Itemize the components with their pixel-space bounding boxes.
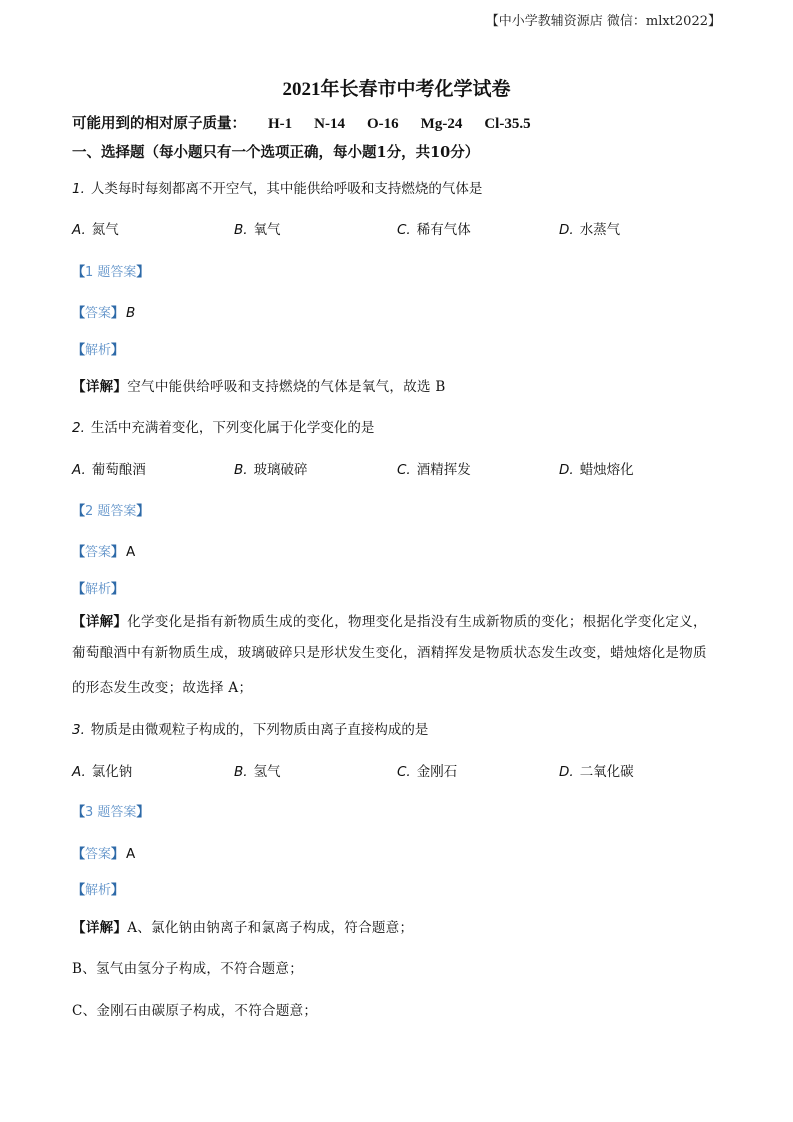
question-2-stem: 2.生活中充满着变化，下列变化属于化学变化的是: [72, 416, 374, 436]
detail-label: 详解: [86, 379, 114, 395]
bracket-close: 】: [136, 265, 149, 280]
bracket-open: 【: [72, 545, 85, 560]
option-text: 水蒸气: [580, 222, 621, 238]
question-2-answer-heading: 【2 题答案】: [72, 500, 149, 519]
question-3-option-b: B.氢气: [234, 760, 281, 780]
option-letter: B.: [234, 764, 248, 780]
bracket-close: 】: [111, 582, 124, 597]
question-3-detail-line-1: 【详解】A、氯化钠由钠离子和氯离子构成，符合题意；: [72, 916, 413, 936]
section-heading: 一、选择题（每小题只有一个选项正确，每小题1分，共10分）: [72, 141, 479, 162]
question-2-option-d: D.蜡烛熔化: [559, 458, 634, 478]
option-text: 金刚石: [417, 764, 458, 780]
bracket-close: 】: [136, 504, 149, 519]
answer-label: 答案: [85, 847, 111, 862]
answer-value: B: [126, 305, 135, 321]
question-text: 人类每时每刻都离不开空气，其中能供给呼吸和支持燃烧的气体是: [91, 181, 483, 197]
question-2-detail-line-1: 【详解】化学变化是指有新物质生成的变化，物理变化是指没有生成新物质的变化；根据化…: [72, 610, 707, 630]
option-text: 葡萄酿酒: [92, 462, 146, 478]
question-1-option-a: A.氮气: [72, 218, 119, 238]
option-text: 稀有气体: [417, 222, 471, 238]
question-2-detail-line-2: 葡萄酿酒中有新物质生成，玻璃破碎只是形状发生变化，酒精挥发是物质状态发生改变，蜡…: [72, 641, 707, 661]
answer-value: A: [126, 544, 135, 560]
option-letter: A.: [72, 462, 86, 478]
bracket-close: 】: [111, 343, 124, 358]
option-text: 二氧化碳: [580, 764, 634, 780]
question-1-stem: 1.人类每时每刻都离不开空气，其中能供给呼吸和支持燃烧的气体是: [72, 177, 482, 197]
answer-label: 答案: [85, 306, 111, 321]
option-letter: A.: [72, 764, 86, 780]
detail-label: 详解: [86, 920, 114, 936]
atomic-mass-item: Cl-35.5: [484, 116, 530, 133]
option-letter: C.: [397, 222, 411, 238]
question-3-analysis-label: 【解析】: [72, 879, 124, 898]
question-1-option-d: D.水蒸气: [559, 218, 620, 238]
analysis-label: 解析: [85, 582, 111, 597]
option-letter: C.: [397, 462, 411, 478]
analysis-label: 解析: [85, 883, 111, 898]
answer-value: A: [126, 846, 135, 862]
question-1-option-c: C.稀有气体: [397, 218, 471, 238]
question-2-option-c: C.酒精挥发: [397, 458, 471, 478]
option-letter: A.: [72, 222, 86, 238]
bracket-open: 【: [72, 265, 85, 280]
bracket-open: 【: [72, 504, 85, 519]
question-3-option-c: C.金刚石: [397, 760, 457, 780]
detail-text: A、氯化钠由钠离子和氯离子构成，符合题意；: [127, 920, 413, 936]
bracket-close: 】: [111, 545, 124, 560]
answer-label: 答案: [85, 545, 111, 560]
answer-heading-text: 2 题答案: [85, 504, 136, 519]
bracket-close: 】: [113, 920, 127, 936]
analysis-label: 解析: [85, 343, 111, 358]
question-3-answer-heading: 【3 题答案】: [72, 801, 149, 820]
question-1-answer-heading: 【1 题答案】: [72, 261, 149, 280]
bracket-open: 【: [72, 920, 86, 936]
bracket-open: 【: [72, 343, 85, 358]
question-1-analysis-label: 【解析】: [72, 339, 124, 358]
atomic-mass-item: N-14: [314, 116, 345, 133]
question-number: 3.: [72, 722, 85, 738]
bracket-close: 】: [111, 306, 124, 321]
option-letter: D.: [559, 222, 574, 238]
question-number: 1.: [72, 181, 85, 197]
question-3-detail-line-2: B、氢气由氢分子构成，不符合题意；: [72, 957, 303, 977]
question-1-detail: 【详解】空气中能供给呼吸和支持燃烧的气体是氧气，故选 B: [72, 375, 446, 395]
option-letter: B.: [234, 462, 248, 478]
option-text: 氯化钠: [92, 764, 133, 780]
question-2-detail-line-3: 的形态发生改变；故选择 A；: [72, 676, 252, 696]
question-text: 物质是由微观粒子构成的，下列物质由离子直接构成的是: [91, 722, 429, 738]
bracket-open: 【: [72, 847, 85, 862]
option-text: 氧气: [254, 222, 281, 238]
question-1-option-b: B.氧气: [234, 218, 281, 238]
option-text: 酒精挥发: [417, 462, 471, 478]
bracket-close: 】: [136, 805, 149, 820]
question-3-answer: 【答案】A: [72, 843, 135, 862]
bracket-close: 】: [113, 614, 127, 630]
option-text: 蜡烛熔化: [580, 462, 634, 478]
detail-text: 空气中能供给呼吸和支持燃烧的气体是氧气，故选 B: [127, 379, 445, 395]
bracket-close: 】: [111, 883, 124, 898]
question-text: 生活中充满着变化，下列变化属于化学变化的是: [91, 420, 375, 436]
question-2-answer: 【答案】A: [72, 541, 135, 560]
bracket-open: 【: [72, 805, 85, 820]
page-title: 2021年长春市中考化学试卷: [0, 74, 793, 101]
bracket-open: 【: [72, 883, 85, 898]
bracket-close: 】: [111, 847, 124, 862]
answer-heading-text: 1 题答案: [85, 265, 136, 280]
question-3-option-d: D.二氧化碳: [559, 760, 634, 780]
question-2-option-b: B.玻璃破碎: [234, 458, 308, 478]
question-3-detail-line-3: C、金刚石由碳原子构成，不符合题意；: [72, 999, 317, 1019]
atomic-mass-item: O-16: [367, 116, 399, 133]
bracket-close: 】: [113, 379, 127, 395]
question-1-answer: 【答案】B: [72, 302, 135, 321]
question-3-option-a: A.氯化钠: [72, 760, 132, 780]
question-2-option-a: A.葡萄酿酒: [72, 458, 146, 478]
atomic-mass-item: H-1: [268, 116, 292, 133]
option-text: 氢气: [254, 764, 281, 780]
answer-heading-text: 3 题答案: [85, 805, 136, 820]
detail-text: 化学变化是指有新物质生成的变化，物理变化是指没有生成新物质的变化；根据化学变化定…: [127, 614, 707, 630]
option-letter: D.: [559, 764, 574, 780]
watermark-text: 【中小学教辅资源店 微信：mlxt2022】: [486, 10, 721, 29]
option-letter: D.: [559, 462, 574, 478]
atomic-mass-line: 可能用到的相对原子质量：H-1N-14O-16Mg-24Cl-35.5: [72, 112, 531, 133]
bracket-open: 【: [72, 614, 86, 630]
question-3-stem: 3.物质是由微观粒子构成的，下列物质由离子直接构成的是: [72, 718, 428, 738]
atomic-mass-label: 可能用到的相对原子质量：: [72, 115, 246, 132]
bracket-open: 【: [72, 379, 86, 395]
atomic-mass-item: Mg-24: [421, 116, 463, 133]
bracket-open: 【: [72, 582, 85, 597]
bracket-open: 【: [72, 306, 85, 321]
option-text: 玻璃破碎: [254, 462, 308, 478]
detail-label: 详解: [86, 614, 114, 630]
option-text: 氮气: [92, 222, 119, 238]
question-2-analysis-label: 【解析】: [72, 578, 124, 597]
question-number: 2.: [72, 420, 85, 436]
option-letter: B.: [234, 222, 248, 238]
option-letter: C.: [397, 764, 411, 780]
